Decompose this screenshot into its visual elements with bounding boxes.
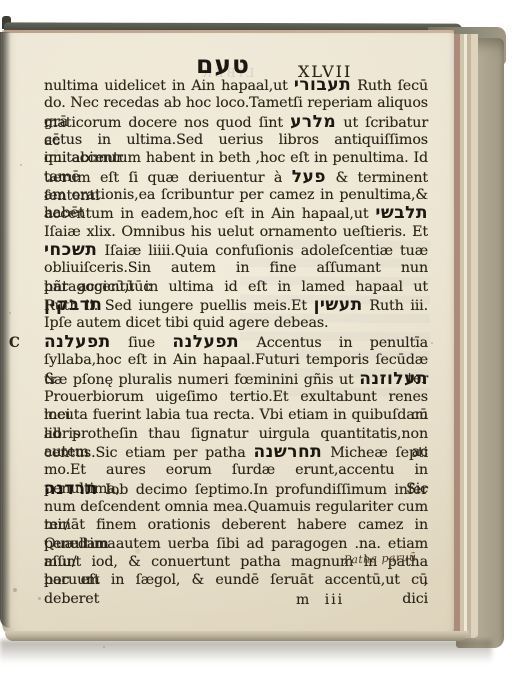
text-line: do. Nec recedas ab hoc loco.Tametſi repe…	[44, 94, 428, 112]
text-line: Cתפעלנה ſiue תפעלנה Accentus in penultīa	[44, 333, 428, 351]
text-line: accentum in eadem,hoc eſt in Ain hapaal,…	[44, 204, 428, 222]
latin-text: centus.Sic etiam per patha	[44, 445, 253, 461]
latin-text: maticorum docere nos quod ſint	[44, 115, 290, 131]
hebrew-word: תעלוזנה	[359, 369, 428, 389]
text-line: nultima uidelicet in Ain hapaal,ut תעבור…	[44, 76, 428, 94]
page-top-edge-line	[4, 30, 454, 33]
hebrew-word: תעבורי	[294, 75, 351, 95]
text-line: Prouerbiorum uigeſimo tertio.Et exultabu…	[44, 388, 428, 406]
text-line: ad protheſin thau ſignatur uirgula quant…	[44, 425, 428, 443]
latin-text: Accentus in penultīa	[239, 335, 428, 351]
hebrew-word: תלבשי	[375, 203, 428, 223]
latin-text: Ruth ſecū	[351, 78, 428, 94]
book-photograph: LIBER טעם XLVII nultima uidelicet in Ain…	[0, 0, 529, 700]
foxing-spot	[9, 312, 11, 314]
latin-text: hoc eſt in ſægol, & eundē ſeruāt accentū…	[44, 572, 428, 606]
latin-text: Iſaiæ xlix. Omnibus his uelut ornamento …	[44, 224, 428, 240]
text-block: nultima uidelicet in Ain hapaal,ut תעבור…	[44, 76, 428, 590]
text-line: hoc eſt in ſægol, & eundē ſeruāt accentū…	[44, 571, 428, 589]
foxing-spot	[431, 342, 433, 344]
text-line: hñt accentū in ultima id eſt in lamed ha…	[44, 278, 428, 296]
latin-text: accentum in eadem,hoc eſt in Ain hapaal,…	[44, 206, 375, 222]
text-line: am orationis,ea ſcribuntur per camez in …	[44, 186, 428, 204]
text-line: maticorum docere nos quod ſint מלרע ut ſ…	[44, 113, 428, 131]
latin-text: ſiue	[111, 335, 173, 351]
latin-text: Iſaiæ liiii.Quia confuſionis adoleſcenti…	[97, 243, 428, 259]
text-line: tiæ pſonę pluralis numeri fœminini gñis …	[44, 370, 428, 388]
hebrew-word: תחרשנה	[253, 442, 322, 462]
latin-text: Ipſe autem dicet tibi quid agere debeas.	[44, 315, 328, 331]
text-line: mināt finem orationis deberent habere ca…	[44, 516, 428, 534]
text-line: Iſaiæ xlix. Omnibus his uelut ornamento …	[44, 223, 428, 241]
page-bottom-shadow	[0, 640, 492, 668]
hebrew-word: תפעלנה	[172, 332, 239, 352]
latin-text: tiæ pſonę pluralis numeri fœminini gñis …	[44, 372, 359, 388]
latin-text: Iob decimo ſeptimo.In profundiſſimum inf…	[98, 482, 428, 498]
hebrew-word: תעשין	[314, 295, 363, 315]
text-line: obliuiſceris.Sin autem in fine aſſumant …	[44, 259, 428, 277]
latin-text: Ruth iii.	[363, 298, 428, 314]
hebrew-word: תשכחי	[44, 240, 97, 260]
text-line: ſyllaba,hoc eſt in Ain hapaal.Futuri tem…	[44, 351, 428, 369]
foxing-spot	[103, 646, 105, 648]
foxing-spot	[20, 164, 22, 166]
latin-text: uerum eſt ſi quæ deriuentur à	[44, 170, 292, 186]
text-line: תשכחי Iſaiæ liiii.Quia confuſionis adole…	[44, 241, 428, 259]
hebrew-word: מלרע	[290, 112, 336, 132]
text-line: Quædam autem uerba ſibi ad paragogen .na…	[44, 535, 428, 553]
latin-text: Micheæ ſepti	[322, 445, 428, 461]
hebrew-word: תרדנה	[44, 479, 98, 499]
foxing-spot	[13, 588, 17, 592]
text-line: locuta fuerint labia tua recta. Vbi etia…	[44, 406, 428, 424]
text-line: mo.Et aures eorum ſurdæ erunt,accentu in…	[44, 461, 428, 479]
paragraph-mark: C	[9, 334, 20, 352]
hebrew-word: תפעלנה	[44, 332, 111, 352]
text-line: num deſcendent omnia mea.Quamuis regular…	[44, 498, 428, 516]
latin-text: Ruth ii. Sed iungere puellis meis.Et	[44, 298, 314, 314]
text-line: Ipſe autem dicet tibi quid agere debeas.	[44, 314, 428, 332]
hebrew-word: פעל	[292, 167, 326, 187]
latin-text: hñt accentū in ultima id eſt in lamed ha…	[44, 279, 428, 295]
quire-signature: m iii	[296, 592, 344, 608]
running-title-hebrew: טעם	[196, 52, 250, 78]
foxing-spot	[38, 597, 41, 600]
text-line: תרדנה Iob decimo ſeptimo.In profundiſſim…	[44, 480, 428, 498]
text-line: uerum eſt ſi quæ deriuentur à פעל & term…	[44, 168, 428, 186]
text-line: centus.Sic etiam per patha תחרשנה Micheæ…	[44, 443, 428, 461]
gutter-shadow	[0, 32, 11, 628]
text-line: Ruth ii. Sed iungere puellis meis.Et תעש…	[44, 296, 428, 314]
latin-text: nultima uidelicet in Ain hapaal,ut	[44, 78, 294, 94]
text-line: qui accentum habent in beth ,hoc eſt in …	[44, 149, 428, 167]
text-line: cētus in ultima.Sed uerius libros antiqu…	[44, 131, 428, 149]
